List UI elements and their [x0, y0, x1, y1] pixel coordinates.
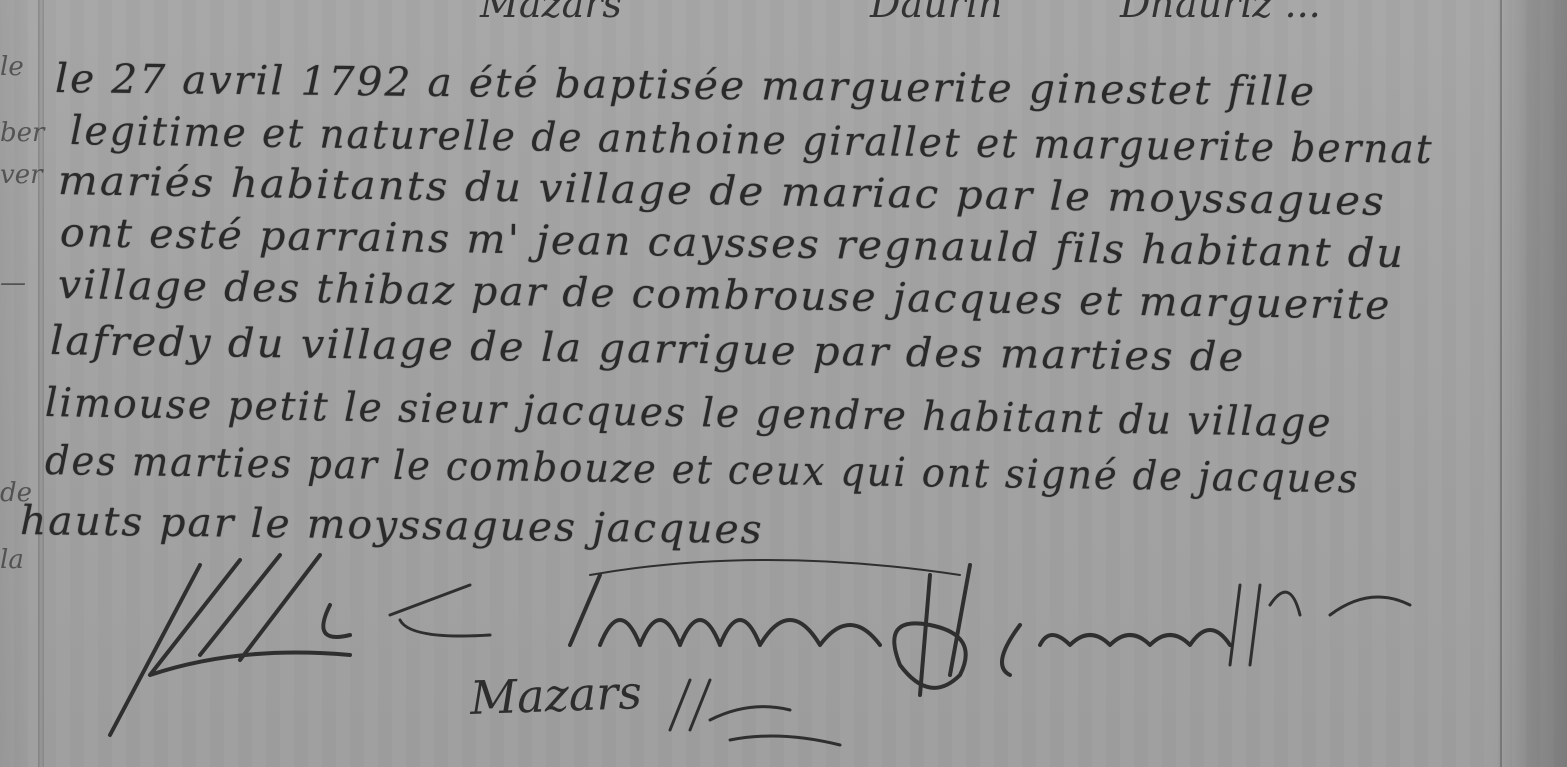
header-fragment-left: Mazars [480, 0, 622, 26]
manuscript-line: limouse petit le sieur jacques le gendre… [45, 380, 1333, 446]
manuscript-line: des marties par le combouze et ceux qui … [45, 438, 1360, 502]
margin-note: la [0, 545, 24, 575]
signature-right-scribble [870, 555, 1430, 715]
signature-bottom-flourish [660, 670, 860, 750]
manuscript-line: lafredy du village de la garrigue par de… [50, 318, 1246, 381]
manuscript-page: Mazars Daurin Dhauriz ... le ber ver — d… [0, 0, 1567, 767]
margin-note: le [0, 52, 24, 82]
header-fragment-middle: Daurin [870, 0, 1002, 26]
margin-rule [38, 0, 44, 767]
page-edge [1500, 0, 1567, 767]
margin-note: ber [0, 118, 44, 148]
margin-note: ver [0, 160, 43, 190]
margin-note: — [0, 268, 26, 298]
manuscript-line: le 27 avril 1792 a été baptisée margueri… [55, 56, 1317, 115]
header-fragment-right: Dhauriz ... [1120, 0, 1321, 26]
signature-bottom: Mazars [469, 665, 643, 725]
